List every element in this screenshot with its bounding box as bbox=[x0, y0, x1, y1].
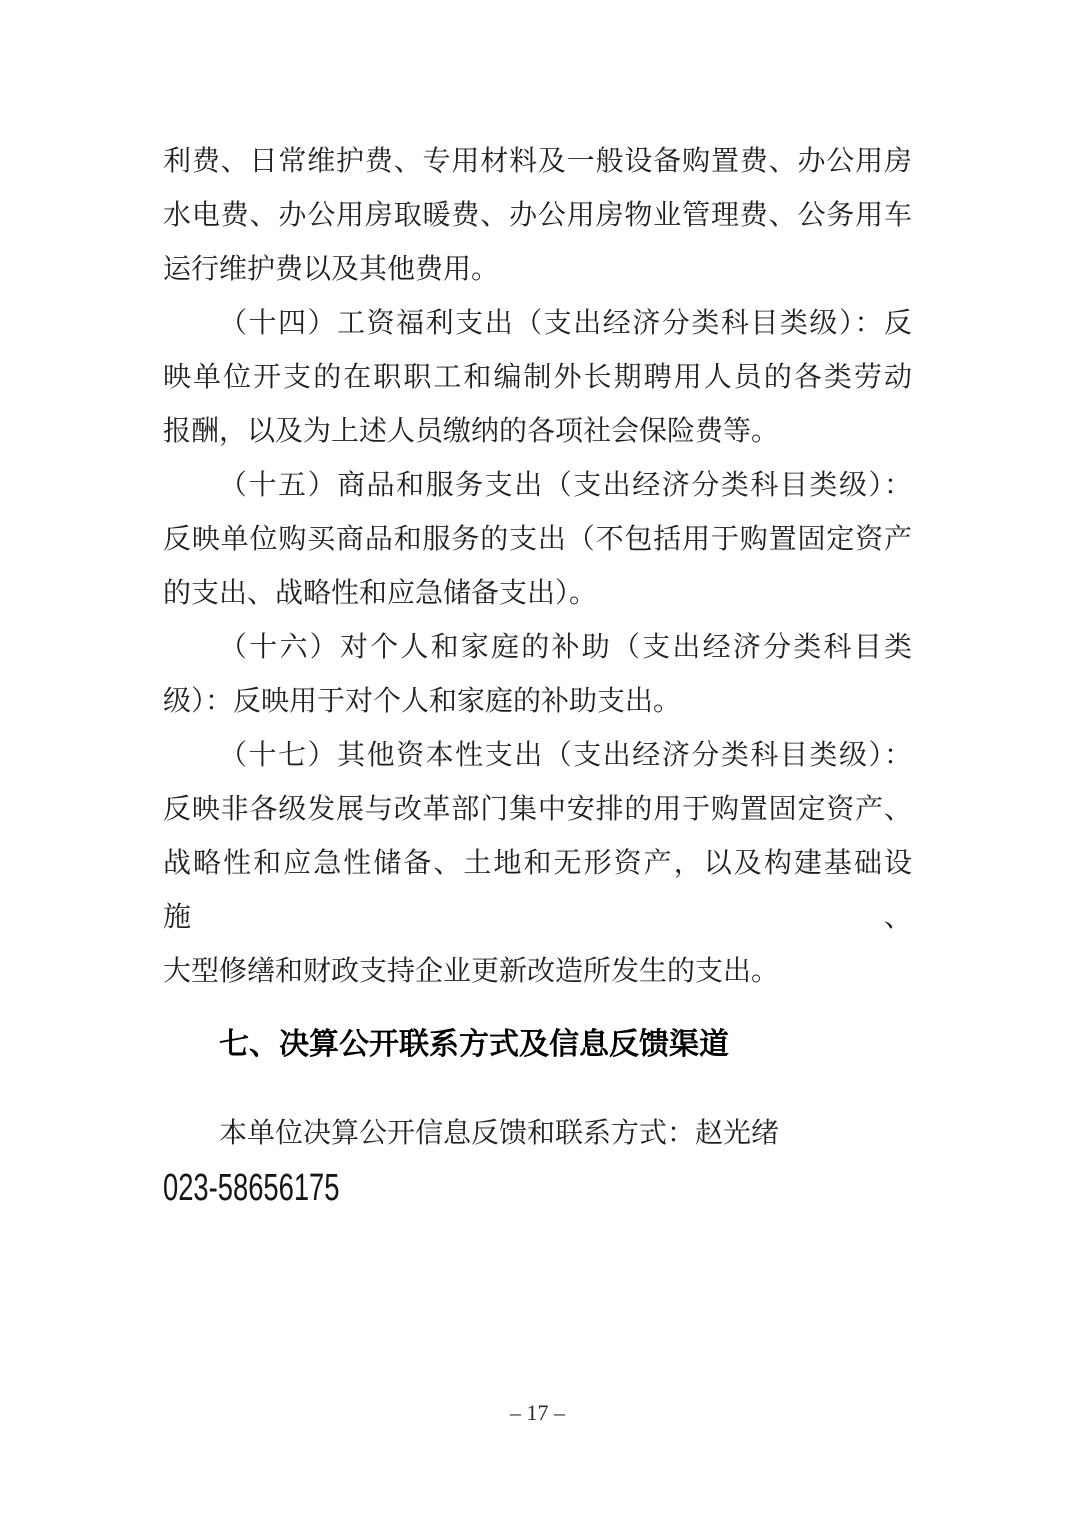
page-number: – 17 – bbox=[0, 1398, 1075, 1428]
body-line: 级）：反映用于对个人和家庭的补助支出。 bbox=[163, 675, 912, 729]
body-line: （十五）商品和服务支出（支出经济分类科目类级）： bbox=[163, 459, 912, 513]
body-line: 水电费、办公用房取暖费、办公用房物业管理费、公务用车 bbox=[163, 189, 912, 243]
body-line: （十六）对个人和家庭的补助（支出经济分类科目类 bbox=[163, 621, 912, 675]
section-heading: 七、决算公开联系方式及信息反馈渠道 bbox=[163, 1019, 912, 1071]
body-line: 反映单位购买商品和服务的支出（不包括用于购置固定资产 bbox=[163, 513, 912, 567]
body-line: 利费、日常维护费、专用材料及一般设备购置费、办公用房 bbox=[163, 135, 912, 189]
body-line: 的支出、战略性和应急储备支出）。 bbox=[163, 567, 912, 621]
contact-line: 本单位决算公开信息反馈和联系方式：赵光绪 bbox=[163, 1107, 912, 1161]
phone-number: 023-58656175 bbox=[163, 1161, 702, 1215]
body-line: （十七）其他资本性支出（支出经济分类科目类级）： bbox=[163, 729, 912, 783]
body-line: 反映非各级发展与改革部门集中安排的用于购置固定资产、 bbox=[163, 783, 912, 837]
body-line: 报酬，以及为上述人员缴纳的各项社会保险费等。 bbox=[163, 405, 912, 459]
text-column: 利费、日常维护费、专用材料及一般设备购置费、办公用房 水电费、办公用房取暖费、办… bbox=[163, 135, 912, 1215]
body-line: 战略性和应急性储备、土地和无形资产，以及构建基础设施、 bbox=[163, 837, 912, 945]
body-line: 大型修缮和财政支持企业更新改造所发生的支出。 bbox=[163, 945, 912, 999]
document-page: 利费、日常维护费、专用材料及一般设备购置费、办公用房 水电费、办公用房取暖费、办… bbox=[0, 0, 1075, 1520]
body-line: 映单位开支的在职职工和编制外长期聘用人员的各类劳动 bbox=[163, 351, 912, 405]
body-line: （十四）工资福利支出（支出经济分类科目类级）：反 bbox=[163, 297, 912, 351]
body-line: 运行维护费以及其他费用。 bbox=[163, 243, 912, 297]
